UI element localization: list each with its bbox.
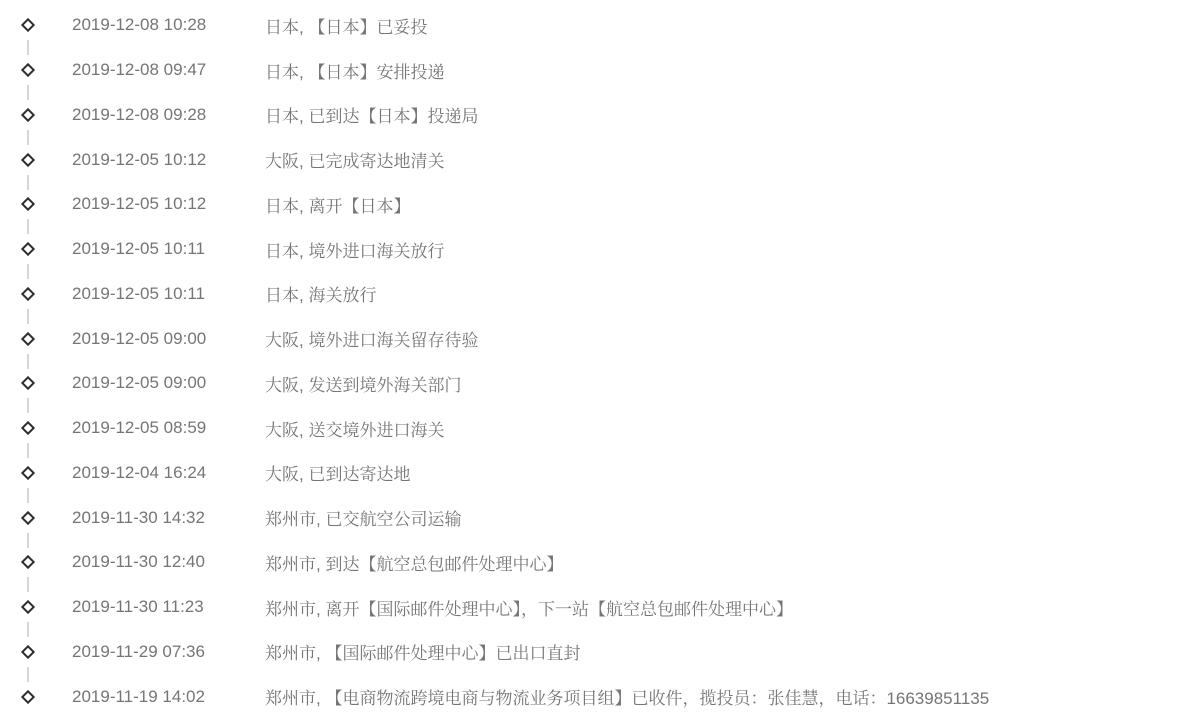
event-time: 2019-12-05 08:59 <box>72 418 265 438</box>
event-time: 2019-12-05 10:12 <box>72 150 265 170</box>
event-time: 2019-11-30 11:23 <box>72 597 265 617</box>
diamond-icon <box>21 197 35 211</box>
tracking-event-row: 2019-12-08 09:47 日本, 【日本】安排投递 <box>0 48 1186 93</box>
event-time: 2019-12-05 10:11 <box>72 239 265 259</box>
event-time: 2019-12-04 16:24 <box>72 463 265 483</box>
diamond-icon <box>21 600 35 614</box>
event-description: 郑州市, 离开【国际邮件处理中心】，下一站【航空总包邮件处理中心】 <box>265 595 1186 620</box>
diamond-icon <box>21 108 35 122</box>
timeline-node <box>0 93 56 138</box>
timeline-node <box>0 182 56 227</box>
diamond-icon <box>21 242 35 256</box>
timeline-node <box>0 3 56 48</box>
diamond-icon <box>21 63 35 77</box>
timeline-node <box>0 585 56 630</box>
timeline-node <box>0 227 56 272</box>
event-description: 大阪, 境外进口海关留存待验 <box>265 326 1186 351</box>
timeline-node <box>0 406 56 451</box>
diamond-icon <box>21 332 35 346</box>
tracking-event-row: 2019-12-08 09:28 日本, 已到达【日本】投递局 <box>0 93 1186 138</box>
timeline-node <box>0 316 56 361</box>
diamond-icon <box>21 511 35 525</box>
event-time: 2019-12-08 09:47 <box>72 60 265 80</box>
event-description: 日本, 境外进口海关放行 <box>265 237 1186 262</box>
tracking-event-row: 2019-11-30 12:40 郑州市, 到达【航空总包邮件处理中心】 <box>0 540 1186 585</box>
timeline-node <box>0 540 56 585</box>
timeline-node <box>0 674 56 719</box>
diamond-icon <box>21 376 35 390</box>
timeline-node <box>0 495 56 540</box>
event-time: 2019-11-29 07:36 <box>72 642 265 662</box>
event-description: 郑州市, 【国际邮件处理中心】已出口直封 <box>265 639 1186 664</box>
diamond-icon <box>21 421 35 435</box>
timeline-node <box>0 137 56 182</box>
event-time: 2019-12-05 09:00 <box>72 329 265 349</box>
tracking-event-row: 2019-12-05 10:12 日本, 离开【日本】 <box>0 182 1186 227</box>
event-description: 大阪, 送交境外进口海关 <box>265 416 1186 441</box>
diamond-icon <box>21 287 35 301</box>
event-description: 大阪, 已到达寄达地 <box>265 460 1186 485</box>
timeline-node <box>0 451 56 496</box>
tracking-event-row: 2019-12-05 10:11 日本, 境外进口海关放行 <box>0 227 1186 272</box>
event-description: 郑州市, 已交航空公司运输 <box>265 505 1186 530</box>
event-time: 2019-12-05 10:12 <box>72 194 265 214</box>
timeline-node <box>0 272 56 317</box>
event-time: 2019-12-05 09:00 <box>72 373 265 393</box>
diamond-icon <box>21 645 35 659</box>
tracking-event-row: 2019-12-05 10:12 大阪, 已完成寄达地清关 <box>0 137 1186 182</box>
event-description: 日本, 已到达【日本】投递局 <box>265 102 1186 127</box>
event-description: 日本, 离开【日本】 <box>265 192 1186 217</box>
diamond-icon <box>21 153 35 167</box>
tracking-event-row: 2019-12-05 08:59 大阪, 送交境外进口海关 <box>0 406 1186 451</box>
event-description: 日本, 【日本】安排投递 <box>265 58 1186 83</box>
timeline-node <box>0 48 56 93</box>
event-description: 大阪, 发送到境外海关部门 <box>265 371 1186 396</box>
tracking-event-row: 2019-11-29 07:36 郑州市, 【国际邮件处理中心】已出口直封 <box>0 630 1186 675</box>
event-description: 日本, 海关放行 <box>265 281 1186 306</box>
tracking-event-row: 2019-11-30 11:23 郑州市, 离开【国际邮件处理中心】，下一站【航… <box>0 585 1186 630</box>
tracking-event-row: 2019-12-05 10:11 日本, 海关放行 <box>0 272 1186 317</box>
diamond-icon <box>21 690 35 704</box>
tracking-event-row: 2019-12-04 16:24 大阪, 已到达寄达地 <box>0 451 1186 496</box>
event-description: 大阪, 已完成寄达地清关 <box>265 147 1186 172</box>
tracking-event-row: 2019-11-19 14:02 郑州市, 【电商物流跨境电商与物流业务项目组】… <box>0 674 1186 719</box>
event-time: 2019-11-30 12:40 <box>72 552 265 572</box>
event-time: 2019-12-08 09:28 <box>72 105 265 125</box>
event-description: 郑州市, 到达【航空总包邮件处理中心】 <box>265 550 1186 575</box>
diamond-icon <box>21 555 35 569</box>
event-time: 2019-12-05 10:11 <box>72 284 265 304</box>
tracking-timeline: 2019-12-08 10:28 日本, 【日本】已妥投 2019-12-08 … <box>0 0 1186 719</box>
tracking-event-row: 2019-12-05 09:00 大阪, 境外进口海关留存待验 <box>0 316 1186 361</box>
event-time: 2019-12-08 10:28 <box>72 15 265 35</box>
tracking-event-row: 2019-12-05 09:00 大阪, 发送到境外海关部门 <box>0 361 1186 406</box>
diamond-icon <box>21 466 35 480</box>
event-description: 日本, 【日本】已妥投 <box>265 13 1186 38</box>
event-time: 2019-11-30 14:32 <box>72 508 265 528</box>
tracking-event-row: 2019-12-08 10:28 日本, 【日本】已妥投 <box>0 3 1186 48</box>
timeline-node <box>0 630 56 675</box>
tracking-event-row: 2019-11-30 14:32 郑州市, 已交航空公司运输 <box>0 495 1186 540</box>
timeline-node <box>0 361 56 406</box>
event-time: 2019-11-19 14:02 <box>72 687 265 707</box>
event-description: 郑州市, 【电商物流跨境电商与物流业务项目组】已收件，揽投员：张佳慧，电话：16… <box>265 684 1186 709</box>
diamond-icon <box>21 18 35 32</box>
